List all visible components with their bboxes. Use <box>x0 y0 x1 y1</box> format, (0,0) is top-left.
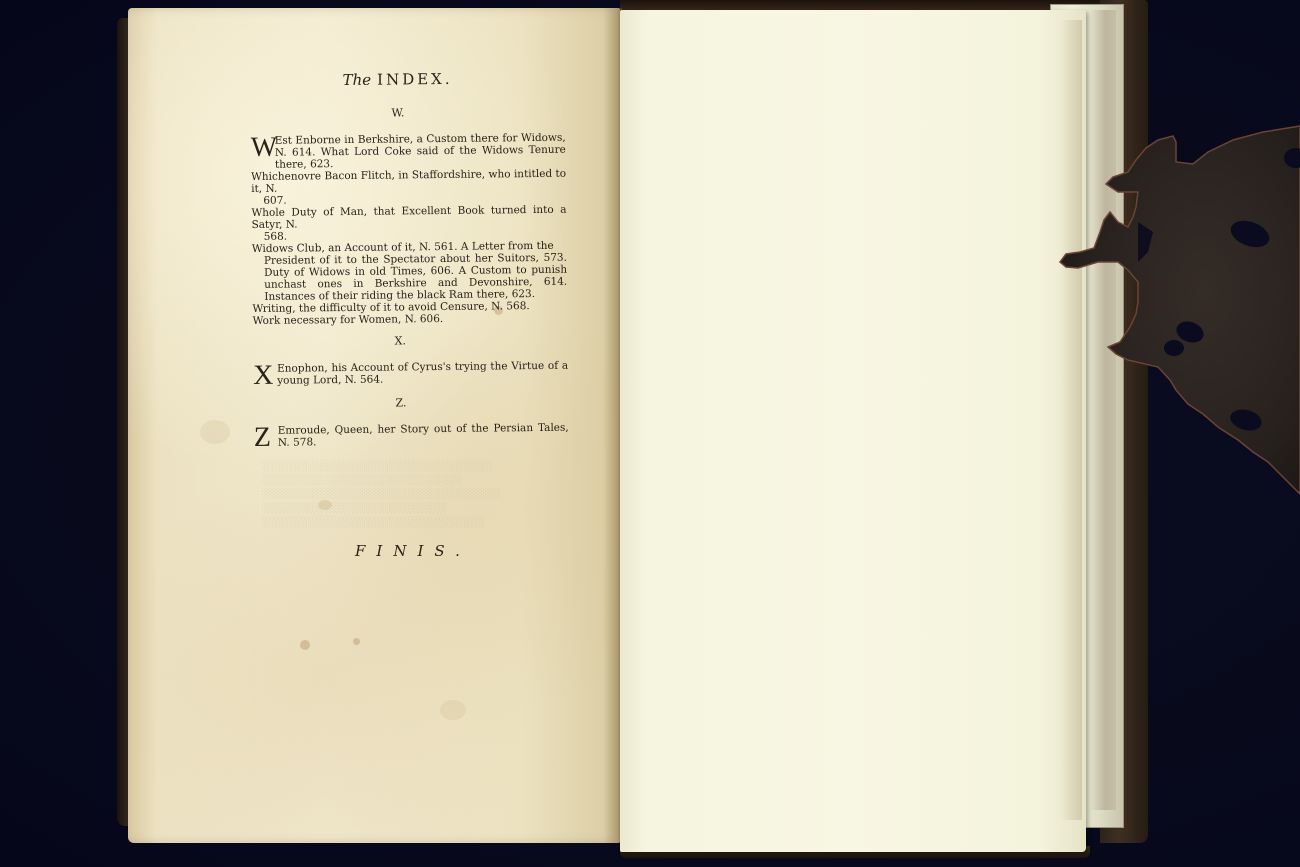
section-heading-w: W. <box>250 106 565 121</box>
foxing-spot <box>300 640 310 650</box>
foxing-spot <box>200 420 230 444</box>
index-entry: Widows Club, an Account of it, N. 561. A… <box>252 240 568 303</box>
section-heading-z: Z. <box>253 396 568 411</box>
right-page-blank <box>620 10 1086 852</box>
show-through-text: ░░░░░░░░░░░░░░░░░░░░░░░░░░░░░░░░░░░░░░░░… <box>262 460 572 530</box>
book-photo: ░░░░░░░░░░░░░░░░░░░░░░░░░░░░░░░░░░░░░░░░… <box>0 0 1300 867</box>
foxing-spot <box>353 638 360 645</box>
index-entry: Z Emroude, Queen, her Story out of the P… <box>254 422 569 451</box>
drop-cap: X <box>253 363 274 389</box>
metal-clasp-icon <box>1058 122 1300 502</box>
drop-cap: Z <box>254 425 271 451</box>
index-entry: X Enophon, his Account of Cyrus's trying… <box>253 360 568 389</box>
index-text: TheINDEX. W. W Est Enborne in Berkshire,… <box>250 72 569 451</box>
section-heading-x: X. <box>253 334 568 349</box>
page-title: TheINDEX. <box>250 72 565 87</box>
index-entry: Whichenovre Bacon Flitch, in Staffordshi… <box>251 168 566 207</box>
index-entry: Whole Duty of Man, that Excellent Book t… <box>251 204 566 243</box>
finis-text: FINIS. <box>355 542 471 560</box>
index-entry: W Est Enborne in Berkshire, a Custom the… <box>251 132 566 171</box>
drop-cap: W <box>251 135 278 161</box>
foxing-spot <box>440 700 466 720</box>
